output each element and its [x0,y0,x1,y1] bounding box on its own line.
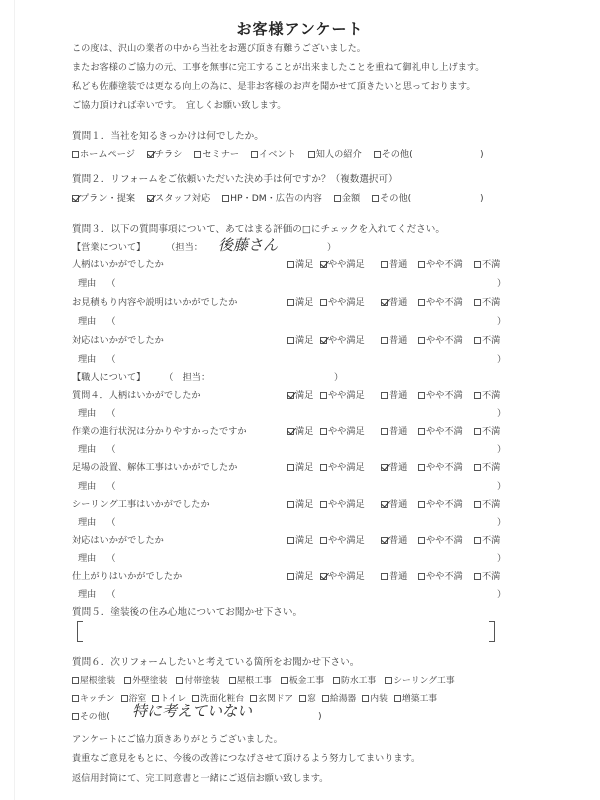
q1-option-flyer[interactable]: チラシ [147,149,183,160]
checkbox[interactable] [418,392,425,399]
q1-option-homepage[interactable]: ホームページ [72,149,135,160]
reason-label: 理由 [78,408,96,419]
q2-option-staff[interactable]: スタッフ対応 [147,193,210,204]
checkbox[interactable] [381,337,388,344]
q5-answer-field[interactable] [90,625,480,639]
q6-options-row2: キッチン浴室トイレ洗面化粧台玄関ドア窓給湯器内装増築工事 [72,693,443,705]
reason-field[interactable]: 理由（ [78,589,116,601]
reason-close: ） [497,354,506,366]
rating-option[interactable]: 不満 [474,462,500,474]
checkbox[interactable] [192,695,199,702]
rating-option[interactable]: やや不満 [418,335,463,347]
checkbox[interactable] [287,337,294,344]
q6-option[interactable]: 窓 [299,694,316,704]
q1-option-seminar[interactable]: セミナー [194,149,239,160]
craft-section-label: 【職人について】 [72,372,145,383]
craft-question: 対応はいかがでしたか [72,535,164,547]
checkbox[interactable] [474,501,481,508]
rating-option[interactable]: 普通 [381,535,407,547]
q1-question: 質問１．当社を知るきっかけは何でしたか。 [72,131,264,143]
rating-option[interactable]: 不満 [474,426,500,438]
checkbox[interactable] [152,695,159,702]
checkbox[interactable] [374,151,381,158]
rating-option[interactable]: やや不満 [418,571,463,583]
rating-option[interactable]: 満足 [287,462,313,474]
sales-section-label: 【営業について】 [72,242,145,253]
checkbox[interactable] [308,151,315,158]
checkbox-checked[interactable] [72,195,79,202]
q6-option[interactable]: 屋根工事 [229,676,272,686]
reason-field[interactable]: 理由（ [78,553,116,565]
q6-option[interactable]: 防水工事 [333,676,376,686]
checkbox[interactable] [320,464,327,471]
reason-field[interactable]: 理由（ [78,408,116,420]
rating-option[interactable]: 満足 [287,335,313,347]
rating-option[interactable]: やや満足 [320,571,365,583]
checkbox[interactable] [320,428,327,435]
checkbox[interactable] [287,261,294,268]
checkbox[interactable] [287,537,294,544]
reason-field[interactable]: 理由（ [78,444,116,456]
rating-option[interactable]: やや不満 [418,462,463,474]
sales-question: 対応はいかがでしたか [72,335,164,347]
rating-option[interactable]: 満足 [287,426,313,438]
q6-option[interactable]: 給湯器 [322,694,356,704]
q6-question: 質問６．次リフォームしたいと考えている箇所をお聞かせ下さい。 [72,657,359,669]
craft-question: 質問４．人柄はいかがでしたか [72,390,201,402]
rating-option[interactable]: やや満足 [320,499,365,511]
sales-question: 人柄はいかがでしたか [72,259,164,271]
rating-option[interactable]: 不満 [474,499,500,511]
checkbox[interactable] [320,501,327,508]
q1-options: ホームページ チラシ セミナー イベント 知人の紹介 その他( [72,149,422,161]
craft-question: シーリング工事はいかがでしたか [72,499,210,511]
checkbox[interactable] [222,195,229,202]
checkbox[interactable] [474,537,481,544]
closing-line: 貴重なご意見をもとに、今後の改善につなげさせて頂けるよう努力してまいります。 [72,753,420,765]
q6-option[interactable]: 増築工事 [394,694,437,704]
q1-option-referral[interactable]: 知人の紹介 [308,149,362,160]
sales-section-header: 【営業について】 （担当： [72,242,203,254]
checkbox[interactable] [381,428,388,435]
reason-close: ） [497,278,506,290]
rating-option[interactable]: 普通 [381,390,407,402]
rating-option[interactable]: 満足 [287,535,313,547]
checkbox[interactable] [320,392,327,399]
checkbox[interactable] [194,151,201,158]
q2-options: プラン・提案 スタッフ対応 HP・DM・広告の内容 金額 その他( [72,193,420,205]
checkbox[interactable] [320,299,327,306]
rating-option[interactable]: やや不満 [418,390,463,402]
rating-option[interactable]: やや満足 [320,335,365,347]
checkbox-checked[interactable] [381,464,388,471]
checkbox[interactable] [381,261,388,268]
checkbox[interactable] [72,151,79,158]
q1-option-other[interactable]: その他( [374,149,413,160]
intro-line: またお客様のご協力の元、工事を無事に完工することが出来ましたことを重ねて御礼申し… [72,62,484,74]
rating-option[interactable]: やや満足 [320,390,365,402]
rating-option[interactable]: 満足 [287,499,313,511]
rating-option[interactable]: やや不満 [418,297,463,309]
rating-option[interactable]: 満足 [287,259,313,271]
rating-option[interactable]: 普通 [381,426,407,438]
reason-field[interactable]: 理由（ [78,278,116,290]
reason-close: ） [497,408,506,420]
rating-option[interactable]: 満足 [287,571,313,583]
sales-staff-value[interactable]: 後藤さん [218,236,278,254]
reason-label: 理由 [78,444,96,455]
q2-other-close: ) [480,193,484,205]
rating-option[interactable]: 不満 [474,571,500,583]
reason-label: 理由 [78,589,96,600]
checkbox[interactable] [322,695,329,702]
rating-option[interactable]: やや満足 [320,535,365,547]
q6-option[interactable]: 玄関ドア [250,694,293,704]
checkbox[interactable] [474,464,481,471]
rating-option[interactable]: 普通 [381,297,407,309]
checkbox[interactable] [418,337,425,344]
checkbox-checked[interactable] [381,501,388,508]
reason-label: 理由 [78,354,96,365]
checkbox-checked[interactable] [381,537,388,544]
rating-option[interactable]: 普通 [381,259,407,271]
checkbox[interactable] [418,573,425,580]
checkbox[interactable] [121,695,128,702]
checkbox[interactable] [287,299,294,306]
q6-option[interactable]: 付帯塗装 [176,676,219,686]
checkbox[interactable] [372,195,379,202]
checkbox[interactable] [287,464,294,471]
reason-label: 理由 [78,553,96,564]
craft-section-header: 【職人について】 （ 担当： [72,372,210,384]
craft-question: 仕上がりはいかがでしたか [72,571,182,583]
checkbox[interactable] [72,677,79,684]
closing-line: アンケートにご協力頂きありがとうございました。 [72,734,283,746]
rating-option[interactable]: 普通 [381,462,407,474]
rating-option[interactable]: 満足 [287,297,313,309]
checkbox[interactable] [381,573,388,580]
rating-option[interactable]: 普通 [381,499,407,511]
q1-other-close: ) [480,149,484,161]
q6-option[interactable]: 屋根塗装 [72,676,115,686]
rating-option[interactable]: やや不満 [418,259,463,271]
reason-label: 理由 [78,316,96,327]
checkbox[interactable] [229,677,236,684]
rating-option[interactable]: 不満 [474,535,500,547]
checkbox[interactable] [251,151,258,158]
q5-question: 質問５．塗装後の住み心地についてお聞かせ下さい。 [72,607,302,619]
craft-question: 作業の進行状況は分かりやすかったですか [72,426,247,438]
q1-option-event[interactable]: イベント [251,149,296,160]
reason-field[interactable]: 理由（ [78,316,116,328]
intro-line: 私ども佐藤塗装では更なる向上の為に、是非お客様のお声を聞かせて頂きたいと思ってお… [72,81,476,93]
checkbox[interactable] [418,261,425,268]
checkbox[interactable] [72,713,79,720]
q2-option-other[interactable]: その他( [372,193,411,204]
checkbox[interactable] [362,695,369,702]
q2-option-ad[interactable]: HP・DM・広告の内容 [222,193,322,204]
reason-close: ） [497,517,506,529]
checkbox-checked[interactable] [287,428,294,435]
checkbox-checked[interactable] [320,573,327,580]
rating-option[interactable]: 満足 [287,390,313,402]
checkbox[interactable] [418,501,425,508]
rating-option[interactable]: 不満 [474,259,500,271]
checkbox[interactable] [418,299,425,306]
reason-field[interactable]: 理由（ [78,517,116,529]
checkbox[interactable] [474,261,481,268]
q6-option[interactable]: 外壁塗装 [124,676,167,686]
checkbox[interactable] [287,573,294,580]
checkbox[interactable] [287,501,294,508]
checkbox[interactable] [474,573,481,580]
q6-options-row1: 屋根塗装外壁塗装付帯塗装屋根工事板金工事防水工事シーリング工事 [72,675,464,687]
q6-other-close: ) [318,711,322,723]
reason-close: ） [497,316,506,328]
rating-option[interactable]: 普通 [381,571,407,583]
checkbox[interactable] [176,677,183,684]
closing-line: 返信用封筒にて、完工同意書と一緒にご返信お願い致します。 [72,773,328,785]
rating-option[interactable]: やや満足 [320,426,365,438]
reason-label: 理由 [78,481,96,492]
checkbox[interactable] [474,428,481,435]
q6-option[interactable]: シーリング工事 [385,676,454,686]
q6-option[interactable]: 内装 [362,694,388,704]
q3-question: 質問３．以下の質問事項について、あてはまる評価の□にチェックを入れてください。 [72,224,445,236]
checkbox-checked[interactable] [147,151,154,158]
rating-option[interactable]: 普通 [381,335,407,347]
q6-option-other[interactable]: その他( [72,711,110,723]
checkbox-checked[interactable] [147,195,154,202]
rating-option[interactable]: やや不満 [418,426,463,438]
rating-option[interactable]: やや満足 [320,259,365,271]
reason-close: ） [497,589,506,601]
checkbox[interactable] [72,695,79,702]
q6-other-value[interactable]: 特に考えていない [132,702,252,720]
checkbox[interactable] [418,428,425,435]
checkbox-checked[interactable] [320,261,327,268]
checkbox[interactable] [418,537,425,544]
intro-line: この度は、沢山の業者の中から当社をお選び頂き有難うございました。 [72,43,366,55]
page-title: お客様アンケート [0,18,600,39]
checkbox[interactable] [299,695,306,702]
checkbox[interactable] [474,299,481,306]
page-edge [14,0,15,800]
rating-option[interactable]: やや不満 [418,499,463,511]
checkbox[interactable] [333,677,340,684]
reason-label: 理由 [78,278,96,289]
reason-close: ） [497,553,506,565]
q5-answer-bracket-right [489,621,495,642]
craft-staff-label: （ 担当： [164,372,210,383]
checkbox[interactable] [418,464,425,471]
q2-question: 質問２．リフォームをご依頼いただいた決め手は何ですか？（複数選択可） [72,174,398,186]
checkbox[interactable] [474,392,481,399]
q6-option[interactable]: キッチン [72,694,115,704]
rating-option[interactable]: 不満 [474,335,500,347]
intro-line: ご協力頂ければ幸いです。 宜しくお願い致します。 [72,100,286,112]
checkbox[interactable] [250,695,257,702]
rating-option[interactable]: 不満 [474,390,500,402]
checkbox-checked[interactable] [320,337,327,344]
reason-close: ） [497,444,506,456]
craft-question: 足場の設置、解体工事はいかがでしたか [72,462,237,474]
reason-close: ） [497,481,506,493]
checkbox[interactable] [124,677,131,684]
reason-field[interactable]: 理由（ [78,481,116,493]
checkbox[interactable] [474,337,481,344]
checkbox[interactable] [394,695,401,702]
q5-answer-bracket-left [77,621,83,642]
checkbox[interactable] [281,677,288,684]
rating-option[interactable]: やや満足 [320,297,365,309]
reason-label: 理由 [78,517,96,528]
checkbox[interactable] [385,677,392,684]
q6-option[interactable]: 板金工事 [281,676,324,686]
sales-question: お見積もり内容や説明はいかがでしたか [72,297,237,309]
rating-option[interactable]: やや満足 [320,462,365,474]
rating-option[interactable]: 不満 [474,297,500,309]
craft-staff-close: ） [334,372,343,384]
rating-option[interactable]: やや不満 [418,535,463,547]
sales-staff-label: （担当： [166,242,203,253]
checkbox-checked[interactable] [381,299,388,306]
sales-staff-close: ） [327,242,336,254]
checkbox[interactable] [320,537,327,544]
q2-option-plan[interactable]: プラン・提案 [72,193,135,204]
reason-field[interactable]: 理由（ [78,354,116,366]
q2-option-price[interactable]: 金額 [334,193,360,204]
checkbox-checked[interactable] [287,392,294,399]
checkbox[interactable] [381,392,388,399]
checkbox[interactable] [334,195,341,202]
